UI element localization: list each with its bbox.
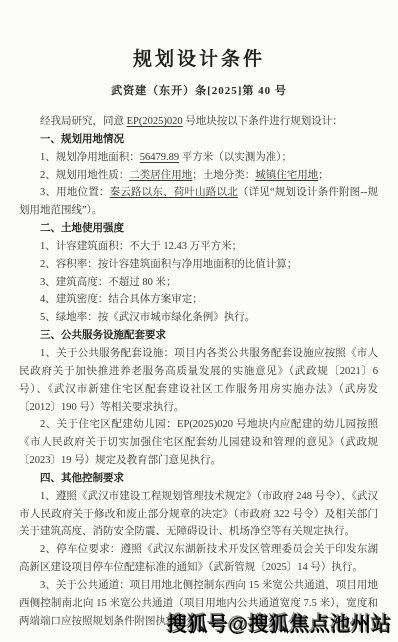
text-segment: 1、关于公共服务配套设施：项目内各类公共服务配套设施应按照《市人民政府关于加快推… [19,348,378,413]
underlined-text: EP(2025)020 [127,116,183,127]
paragraph: 1、关于公共服务配套设施：项目内各类公共服务配套设施应按照《市人民政府关于加快推… [19,345,378,416]
paragraph: 2、停车位要求：遵照《武汉东湖新技术开发区管理委员会关于印发东湖高新区建设项目停… [19,541,378,577]
paragraph: 4、建筑密度：结合具体方案审定； [19,291,378,309]
text-segment: 1、遵照《武汉市建设工程规划管理技术规定》（市政府 248 号令）、《武汉市人民… [19,491,378,538]
underlined-text: 秦云路以东、荷叶山路以北 [110,187,238,198]
text-segment: 3、建筑高度：不超过 80 米； [40,277,177,288]
underlined-text: 二类居住用地 [129,170,192,181]
section-heading: 三、公共服务设施配套要求 [19,327,378,345]
paragraph: 2、容积率：按计容建筑面积与净用地面积的比值计算； [19,256,378,274]
text-segment: 2、规划用地性质： [40,170,129,181]
paragraph: 2、关于住宅区配建幼儿园：EP(2025)020 号地块内应配建的幼儿园按照《市… [19,416,378,470]
text-segment: 平方米（以实测为准）； [179,152,292,163]
text-segment: 2、停车位要求：遵照《武汉东湖新技术开发区管理委员会关于印发东湖高新区建设项目停… [19,544,378,573]
text-segment: 3、用地位置： [40,187,110,198]
text-segment: 号地块按以下条件进行规划设计： [183,116,343,127]
text-segment: 四、其他控制要求 [40,473,124,484]
document-body: 经我局研究，同意 EP(2025)020 号地块按以下条件进行规划设计：一、规划… [19,113,378,630]
page-title: 规划设计条件 [0,0,398,71]
underlined-text: 56479.89 [140,152,179,163]
paragraph: 经我局研究，同意 EP(2025)020 号地块按以下条件进行规划设计： [19,113,378,131]
paragraph: 1、计容建筑面积：不大于 12.43 万平方米； [19,238,378,256]
underlined-text: 城镇住宅用地 [255,170,318,181]
text-segment: 5、绿地率：按《武汉市城市绿化条例》执行。 [40,312,255,323]
paragraph: 2、规划用地性质：二类居住用地；土地分类：城镇住宅用地； [19,167,378,185]
section-heading: 二、土地使用强度 [19,220,378,238]
text-segment: 4、建筑密度：结合具体方案审定； [40,294,203,305]
text-segment: 一、规划用地情况 [40,134,124,145]
text-segment: 1、规划净用地面积： [40,152,140,163]
paragraph: 1、规划净用地面积：56479.89 平方米（以实测为准）； [19,149,378,167]
document-page: 规划设计条件 武资建（东开）条[2025]第 40 号 经我局研究，同意 EP(… [0,0,398,642]
text-segment: 三、公共服务设施配套要求 [40,330,166,341]
text-segment: ； [318,170,329,181]
document-number: 武资建（东开）条[2025]第 40 号 [0,82,398,98]
paragraph: 3、建筑高度：不超过 80 米； [19,274,378,292]
section-heading: 四、其他控制要求 [19,470,378,488]
paragraph: 3、用地位置：秦云路以东、荷叶山路以北（详见“规划设计条件附图--规划用地范围线… [19,184,378,220]
paragraph: 5、绿地率：按《武汉市城市绿化条例》执行。 [19,309,378,327]
text-segment: 二、土地使用强度 [40,223,124,234]
section-heading: 一、规划用地情况 [19,131,378,149]
text-segment: 2、关于住宅区配建幼儿园：EP(2025)020 号地块内应配建的幼儿园按照《市… [19,419,378,466]
paragraph: 1、遵照《武汉市建设工程规划管理技术规定》（市政府 248 号令）、《武汉市人民… [19,488,378,542]
text-segment: 2、容积率：按计容建筑面积与净用地面积的比值计算； [40,259,297,270]
text-segment: ；土地分类： [192,170,255,181]
watermark-text: 搜狐号@搜狐焦点池州站 [167,608,392,637]
text-segment: 经我局研究，同意 [40,116,127,127]
text-segment: 1、计容建筑面积：不大于 12.43 万平方米； [40,241,242,252]
